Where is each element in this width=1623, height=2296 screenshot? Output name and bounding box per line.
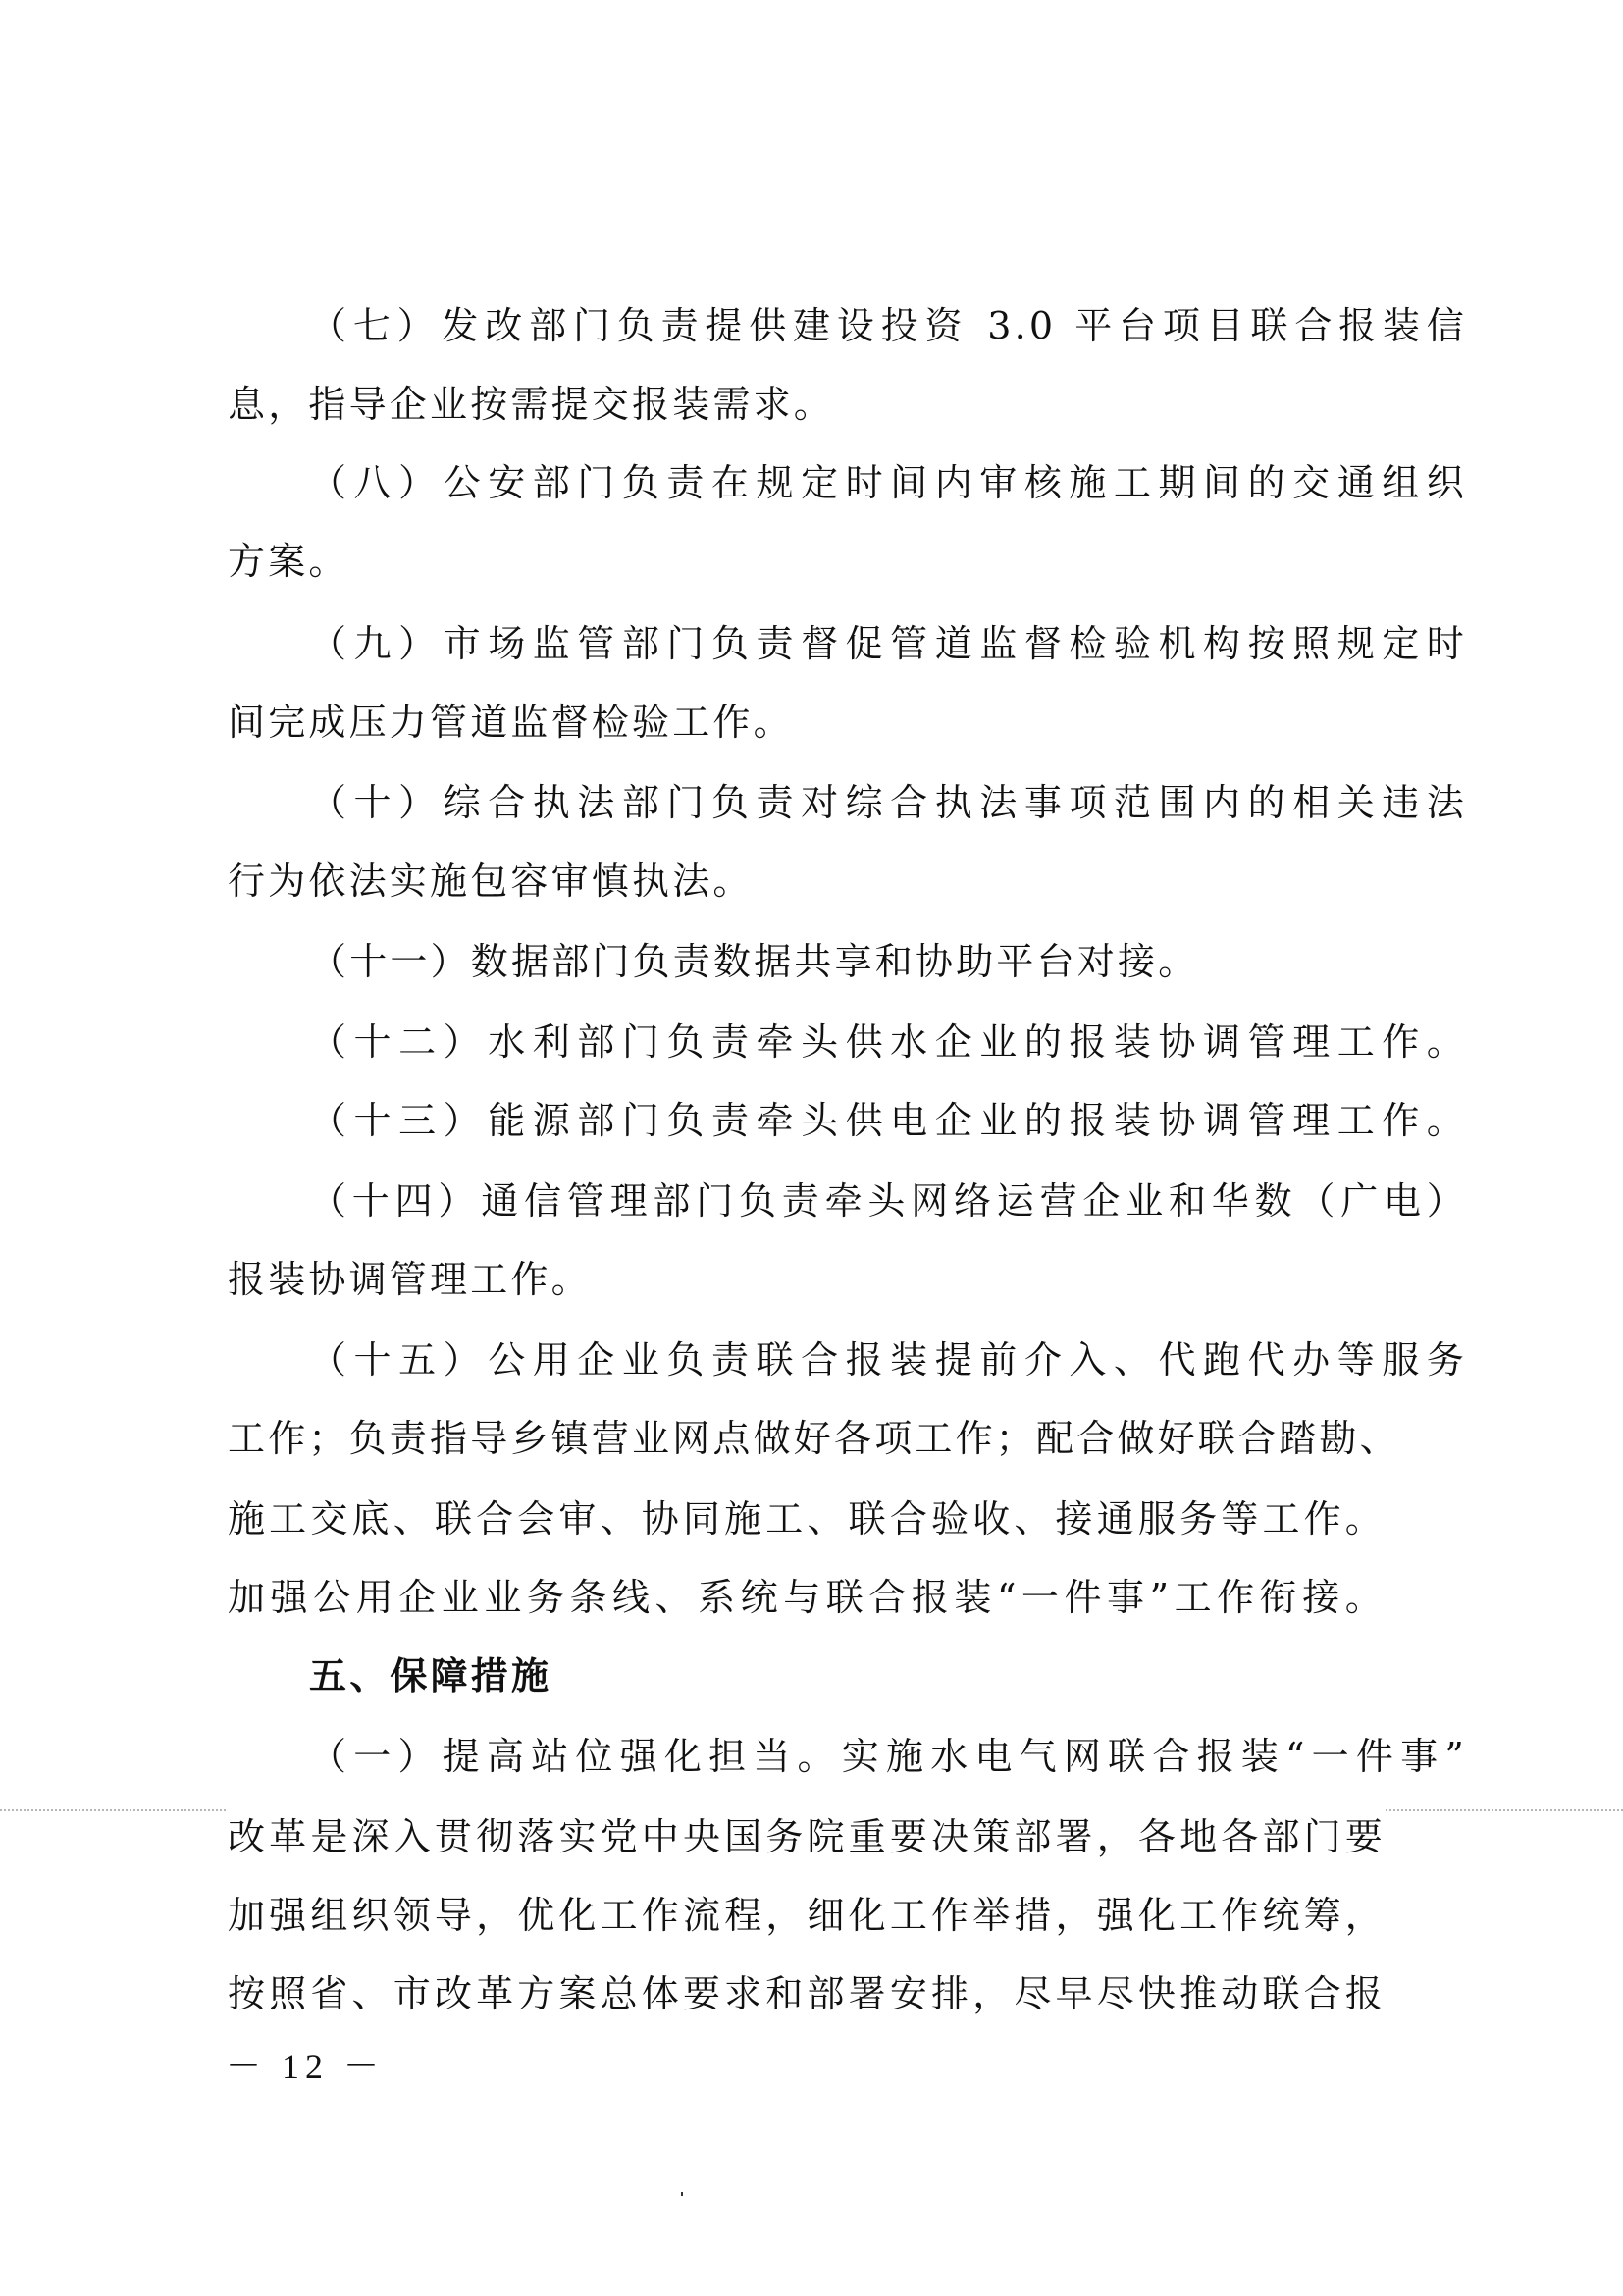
paragraph-10-line-1: （十）综合执法部门负责对综合执法事项范围内的相关违法	[309, 775, 1467, 830]
paragraph-15-line-2: 工作；负责指导乡镇营业网点做好各项工作；配合做好联合踏勘、	[228, 1411, 1386, 1466]
measure-1-line-3: 加强组织领导，优化工作流程，细化工作举措，强化工作统筹，	[228, 1888, 1386, 1943]
paragraph-10-line-2: 行为依法实施包容审慎执法。	[228, 854, 1386, 909]
document-page: （七）发改部门负责提供建设投资 3.0 平台项目联合报装信 息，指导企业按需提交…	[0, 0, 1623, 2296]
paragraph-7-line-2: 息，指导企业按需提交报装需求。	[228, 377, 1386, 432]
paragraph-14-line-1: （十四）通信管理部门负责牵头网络运营企业和华数（广电）	[309, 1174, 1467, 1228]
section-heading: 五、保障措施	[309, 1648, 1467, 1703]
paragraph-15-line-3: 施工交底、联合会审、协同施工、联合验收、接通服务等工作。	[228, 1491, 1386, 1546]
paragraph-8-line-2: 方案。	[228, 534, 1386, 589]
paragraph-15-line-1: （十五）公用企业负责联合报装提前介入、代跑代办等服务	[309, 1332, 1467, 1387]
paragraph-8-line-1: （八）公安部门负责在规定时间内审核施工期间的交通组织	[309, 455, 1467, 510]
paragraph-13: （十三）能源部门负责牵头供电企业的报装协调管理工作。	[309, 1093, 1467, 1148]
paragraph-9-line-1: （九）市场监管部门负责督促管道监督检验机构按照规定时	[309, 616, 1467, 671]
paragraph-12: （十二）水利部门负责牵头供水企业的报装协调管理工作。	[309, 1015, 1467, 1070]
measure-1-line-1: （一）提高站位强化担当。实施水电气网联合报装“一件事”	[309, 1729, 1467, 1784]
paragraph-11: （十一）数据部门负责数据共享和协助平台对接。	[309, 934, 1467, 989]
paragraph-15-line-4: 加强公用企业业务条线、系统与联合报装“一件事”工作衔接。	[228, 1570, 1386, 1625]
scan-speck	[681, 2192, 683, 2196]
paragraph-7-line-1: （七）发改部门负责提供建设投资 3.0 平台项目联合报装信	[309, 298, 1467, 353]
paragraph-14-line-2: 报装协调管理工作。	[228, 1252, 1386, 1307]
measure-1-line-4: 按照省、市改革方案总体要求和部署安排，尽早尽快推动联合报	[228, 1966, 1386, 2021]
page-number: － 12 －	[226, 2039, 385, 2089]
paragraph-9-line-2: 间完成压力管道监督检验工作。	[228, 695, 1386, 750]
measure-1-line-2: 改革是深入贯彻落实党中央国务院重要决策部署，各地各部门要	[228, 1809, 1386, 1864]
